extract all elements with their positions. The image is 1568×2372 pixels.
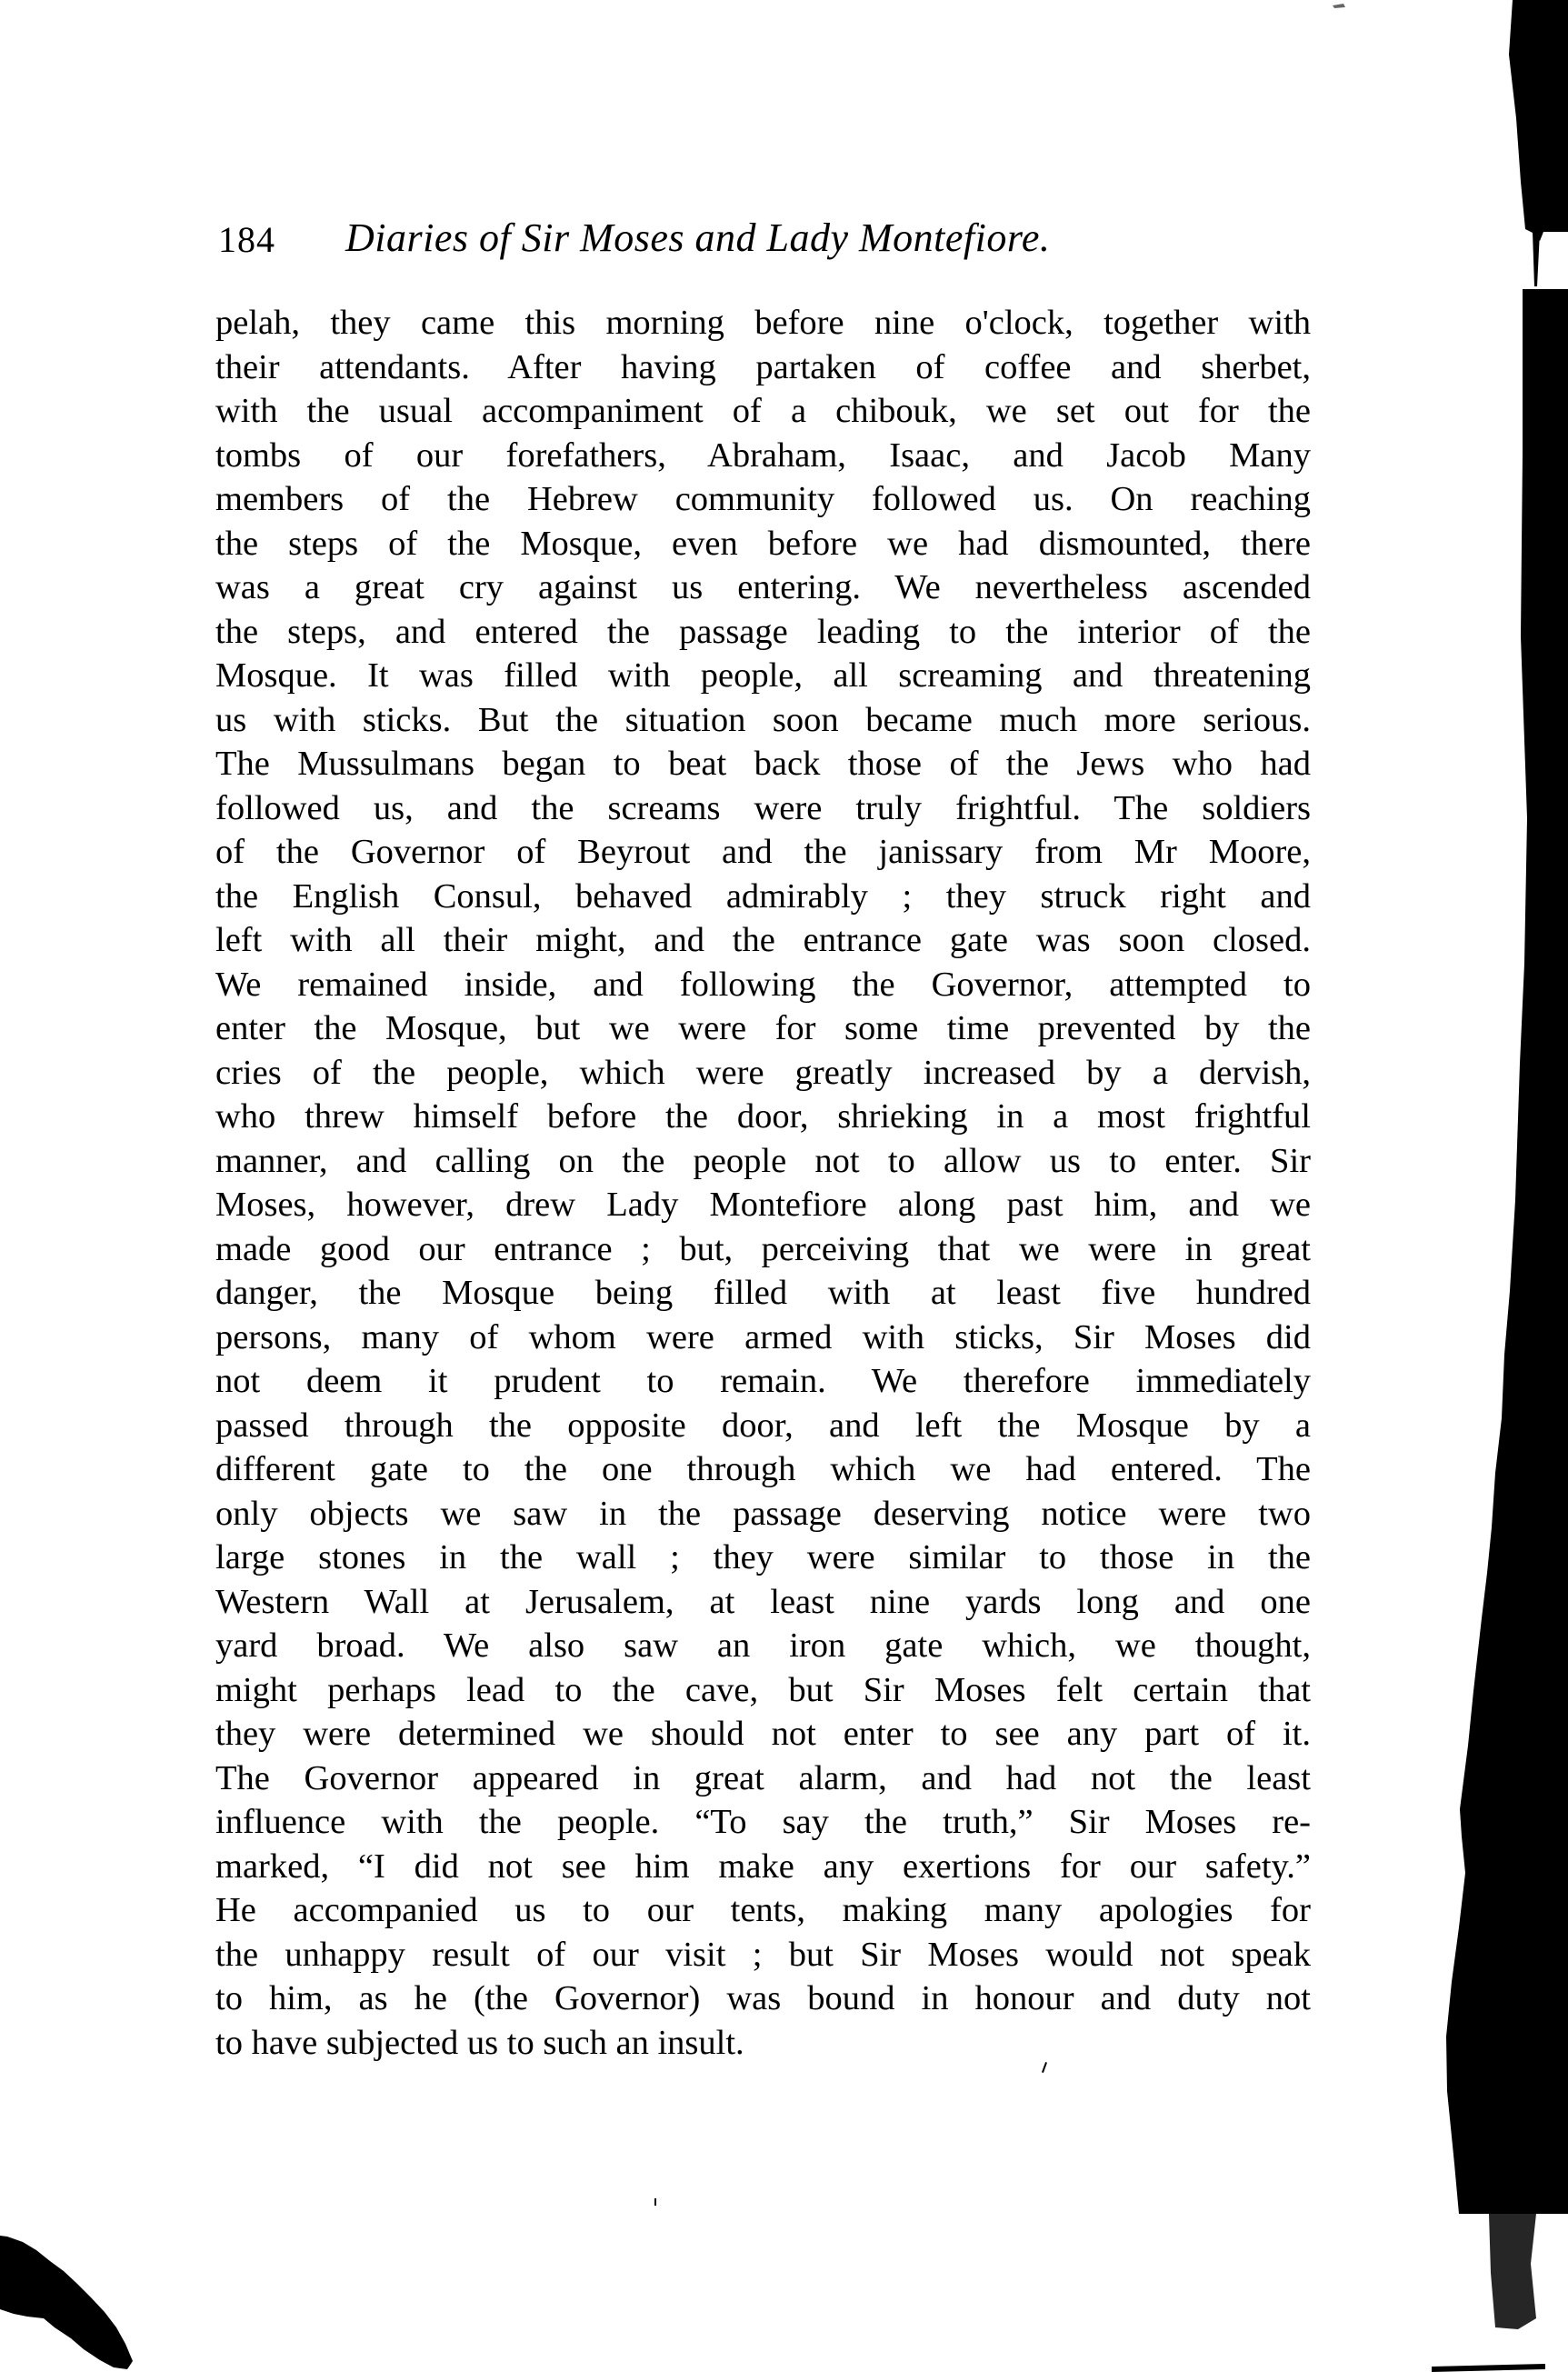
text-line: He accompanied us to our tents, making m…	[215, 1888, 1311, 1933]
text-line: enter the Mosque, but we were for some t…	[215, 1006, 1311, 1051]
text-line: made good our entrance ; but, perceiving…	[215, 1227, 1311, 1272]
text-line: passed through the opposite door, and le…	[215, 1404, 1311, 1448]
page-number: 184	[218, 218, 275, 261]
text-line: marked, “I did not see him make any exer…	[215, 1845, 1311, 1889]
text-line-last: to have subjected us to such an insult.	[215, 2021, 1311, 2066]
text-line: The Mussulmans began to beat back those …	[215, 742, 1311, 786]
text-line: us with sticks. But the situation soon b…	[215, 698, 1311, 743]
running-title: Diaries of Sir Moses and Lady Montefiore…	[345, 215, 1050, 261]
text-line: yard broad. We also saw an iron gate whi…	[215, 1624, 1311, 1668]
text-line: large stones in the wall ; they were sim…	[215, 1536, 1311, 1580]
scan-edge-right	[1446, 289, 1568, 2214]
text-line: We remained inside, and following the Go…	[215, 963, 1311, 1007]
scan-edge-top-right	[1509, 0, 1568, 241]
text-line: not deem it prudent to remain. We theref…	[215, 1359, 1311, 1404]
text-line: the unhappy result of our visit ; but Si…	[215, 1933, 1311, 1977]
text-line: Western Wall at Jerusalem, at least nine…	[215, 1580, 1311, 1625]
body-text: pelah, they came this morning before nin…	[215, 301, 1311, 2065]
running-head: 184 Diaries of Sir Moses and Lady Montef…	[218, 215, 1182, 269]
text-line: Mosque. It was filled with people, all s…	[215, 654, 1311, 698]
stray-speck	[654, 2198, 656, 2206]
text-line: persons, many of whom were armed with st…	[215, 1316, 1311, 1360]
text-line: Moses, however, drew Lady Montefiore alo…	[215, 1183, 1311, 1227]
text-line: was a great cry against us entering. We …	[215, 565, 1311, 610]
text-line: the steps of the Mosque, even before we …	[215, 522, 1311, 566]
text-line: they were determined we should not enter…	[215, 1712, 1311, 1756]
text-line: tombs of our forefathers, Abraham, Isaac…	[215, 434, 1311, 478]
text-line: different gate to the one through which …	[215, 1447, 1311, 1492]
text-line: influence with the people. “To say the t…	[215, 1800, 1311, 1845]
scan-edge-bottom-left	[0, 2236, 133, 2369]
text-line: might perhaps lead to the cave, but Sir …	[215, 1668, 1311, 1713]
text-line: left with all their might, and the entra…	[215, 918, 1311, 963]
text-line: who threw himself before the door, shrie…	[215, 1095, 1311, 1139]
text-line: only objects we saw in the passage deser…	[215, 1492, 1311, 1536]
text-line: members of the Hebrew community followed…	[215, 477, 1311, 522]
text-line: manner, and calling on the people not to…	[215, 1139, 1311, 1184]
text-line: their attendants. After having partaken …	[215, 345, 1311, 390]
text-line: of the Governor of Beyrout and the janis…	[215, 830, 1311, 875]
text-line: the English Consul, behaved admirably ; …	[215, 875, 1311, 919]
text-line: with the usual accompaniment of a chibou…	[215, 389, 1311, 434]
text-line: to him, as he (the Governor) was bound i…	[215, 1977, 1311, 2021]
text-line: followed us, and the screams were truly …	[215, 786, 1311, 831]
text-line: danger, the Mosque being filled with at …	[215, 1271, 1311, 1316]
text-line: cries of the people, which were greatly …	[215, 1051, 1311, 1096]
text-line: pelah, they came this morning before nin…	[215, 301, 1311, 345]
text-line: the steps, and entered the passage leadi…	[215, 610, 1311, 655]
text-line: The Governor appeared in great alarm, an…	[215, 1756, 1311, 1801]
